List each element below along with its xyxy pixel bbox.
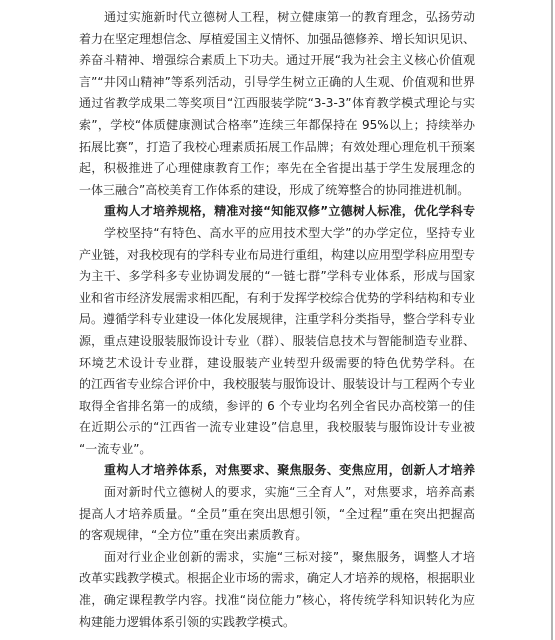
text-line: 通过实施新时代立德树人工程，树立健康第一的教育理念，弘扬劳动精神， (79, 7, 475, 29)
text-line: 拓展比赛”，打造了我校心理素质拓展工作品牌；有效处理心理危机干预案例 12 (79, 137, 475, 159)
document-body: 通过实施新时代立德树人工程，树立健康第一的教育理念，弘扬劳动精神， 着力在坚定理… (79, 7, 475, 633)
text-line: 提高人才培养质量。“全员”重在突出思想引领，“全过程”重在突出把握高校发展 (79, 504, 475, 526)
document-page: 通过实施新时代立德树人工程，树立健康第一的教育理念，弘扬劳动精神， 着力在坚定理… (0, 0, 555, 640)
text-line: “一流专业”。 (79, 439, 475, 461)
text-line: 准，确定课程教学内容。找准“岗位能力”核心，将传统学科知识转化为应用能力， (79, 590, 475, 612)
text-line: 的江西省专业综合评价中，我校服装与服饰设计、服装设计与工程两个专业均 (79, 374, 475, 396)
text-line: 局。遵循学科专业建设一体化发展规律，注重学科分类指导，整合学科专业资 (79, 309, 475, 331)
text-line: 起，积极推进了心理健康教育工作；率先在全省提出基于学生发展理念的“六位 (79, 158, 475, 180)
text-line: 环境艺术设计专业群，建设服装产业转型升级需要的特色优势学科。在 2018 年 (79, 353, 475, 375)
text-line: 着力在坚定理想信念、厚植爱国主义情怀、加强品德修养、增长知识见识、培 (79, 29, 475, 51)
text-line: 索”，学校“体质健康测试合格率”连续三年都保持在 95%以上；持续举办的“素质 (79, 115, 475, 137)
text-line: 养奋斗精神、增强综合素质上下功夫。通过开展“我为社会主义核心价值观代 (79, 50, 475, 72)
text-line: 构建能力逻辑体系引领的实践教学模式。 (79, 612, 475, 634)
text-line: 改革实践教学模式。根据企业市场的需求，确定人才培养的规格，根据职业标 (79, 568, 475, 590)
text-line: 业和省市经济发展需求相匹配，有利于发挥学校综合优势的学科结构和专业布 (79, 288, 475, 310)
text-line: 面对新时代立德树人的要求，实施“三全育人”，对焦要求，培养高素质人才， (79, 482, 475, 504)
text-line: 学校坚持“有特色、高水平的应用技术型大学”的办学定位，坚持专业链对接 (79, 223, 475, 245)
section-heading: 重构人才培养规格，精准对接“知能双修”立德树人标准，优化学科专业设置 (79, 201, 475, 223)
text-line: 言”“井冈山精神”等系列活动，引导学生树立正确的人生观、价值观和世界观； (79, 72, 475, 94)
text-line: 产业链，对我校现有的学科专业布局进行重组，构建以应用型学科应用型专业 (79, 245, 475, 267)
text-line: 为主干、多学科多专业协调发展的“一链七群”学科专业体系，形成与国家服装产 (79, 266, 475, 288)
text-line: 取得全省排名第一的成绩，参评的 6 个专业均名列全省民办高校第一的佳绩； (79, 396, 475, 418)
text-line: 源，重点建设服装服饰设计专业（群）、服装信息技术与智能制造专业群、大 (79, 331, 475, 353)
text-line: 通过省教学成果二等奖项目“江西服装学院“3-3-3”体育教学模式理论与实践探 (79, 93, 475, 115)
text-line: 的客观规律，“全方位”重在突出素质教育。 (79, 525, 475, 547)
section-heading: 重构人才培养体系，对焦要求、聚焦服务、变焦应用，创新人才培养模式 (79, 460, 475, 482)
text-line: 面对行业企业创新的需求，实施“三标对接”，聚焦服务，调整人才培养规格， (79, 547, 475, 569)
text-line: 在近期公示的“江西省一流专业建设”信息里，我校服装与服饰设计专业被评为省 (79, 417, 475, 439)
page-edge-line (551, 0, 553, 640)
text-line: 一体三融合”高校美育工作体系的建设，形成了统筹整合的协同推进机制。 (79, 180, 475, 202)
